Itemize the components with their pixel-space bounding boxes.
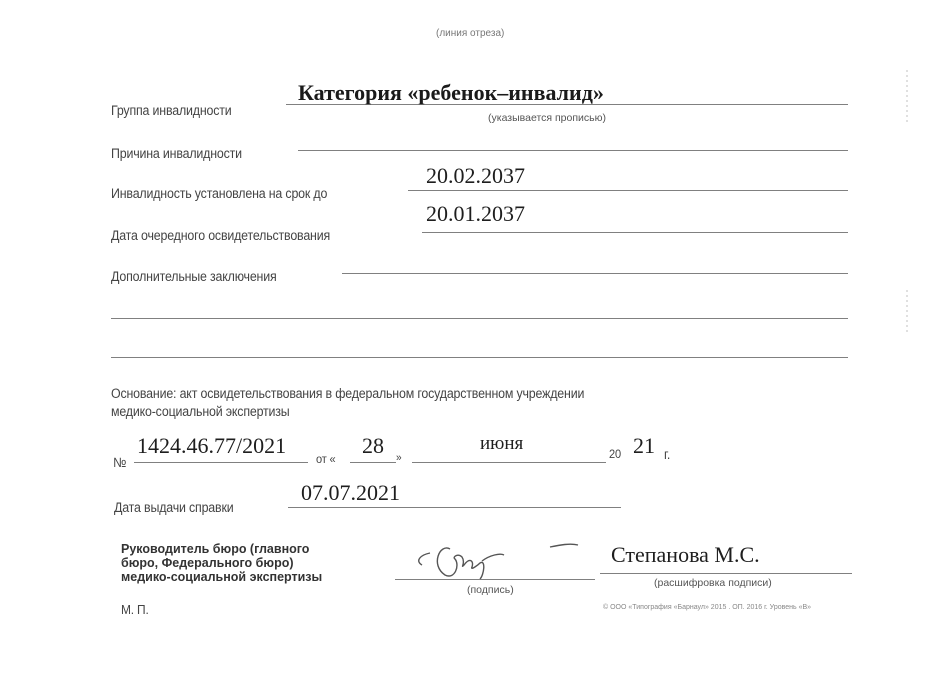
signature-line <box>395 579 595 580</box>
additional-conclusions-line-3 <box>111 357 848 358</box>
act-day-value: 28 <box>362 433 384 459</box>
additional-conclusions-line-1 <box>342 273 848 274</box>
printer-imprint: © ООО «Типография «Барнаул» 2015 . ОП. 2… <box>603 604 811 611</box>
signatory-title-line3: медико-социальной экспертизы <box>121 570 391 584</box>
signatory-name-hint: (расшифровка подписи) <box>654 577 772 589</box>
act-day-line <box>350 462 396 463</box>
disability-cause-label: Причина инвалидности <box>111 146 242 161</box>
disability-term-label: Инвалидность установлена на срок до <box>111 186 327 201</box>
disability-term-value: 20.02.2037 <box>426 163 525 189</box>
issue-date-value: 07.07.2021 <box>301 480 400 506</box>
scan-edge-marks-middle <box>906 290 908 335</box>
act-month-value: июня <box>480 433 523 455</box>
signatory-title: Руководитель бюро (главного бюро, Федера… <box>121 542 391 584</box>
year-prefix: 20 <box>609 447 621 461</box>
stamp-place-label: М. П. <box>121 602 149 617</box>
disability-group-label: Группа инвалидности <box>111 103 232 118</box>
signatory-name-line <box>600 573 852 574</box>
day-close-quote: » <box>396 452 401 464</box>
issue-date-label: Дата выдачи справки <box>114 500 233 515</box>
next-exam-label: Дата очередного освидетельствования <box>111 228 330 243</box>
next-exam-line <box>422 232 848 233</box>
basis-text-line2: медико-социальной экспертизы <box>111 404 290 419</box>
issue-date-line <box>288 507 621 508</box>
additional-conclusions-label: Дополнительные заключения <box>111 269 277 284</box>
act-year-value: 21 <box>633 433 655 459</box>
next-exam-value: 20.01.2037 <box>426 201 525 227</box>
cut-line-label: (линия отреза) <box>436 28 504 39</box>
signature-hint: (подпись) <box>467 584 514 596</box>
from-label: от « <box>316 452 335 466</box>
act-month-line <box>412 462 606 463</box>
number-sign: № <box>113 455 126 470</box>
disability-group-line <box>286 104 848 105</box>
act-number-line <box>134 462 308 463</box>
scan-edge-marks-top <box>906 70 908 125</box>
signatory-title-line1: Руководитель бюро (главного <box>121 542 391 556</box>
additional-conclusions-line-2 <box>111 318 848 319</box>
disability-group-hint: (указывается прописью) <box>488 112 606 124</box>
act-number-value: 1424.46.77/2021 <box>137 433 286 459</box>
signatory-title-line2: бюро, Федерального бюро) <box>121 556 391 570</box>
disability-term-line <box>408 190 848 191</box>
category-title: Категория «ребенок–инвалид» <box>298 80 604 106</box>
basis-text-line1: Основание: акт освидетельствования в фед… <box>111 386 584 401</box>
signatory-name-value: Степанова М.С. <box>611 542 760 568</box>
disability-cause-line <box>298 150 848 151</box>
signature-scribble-icon <box>400 535 600 585</box>
year-suffix: г. <box>664 447 670 462</box>
